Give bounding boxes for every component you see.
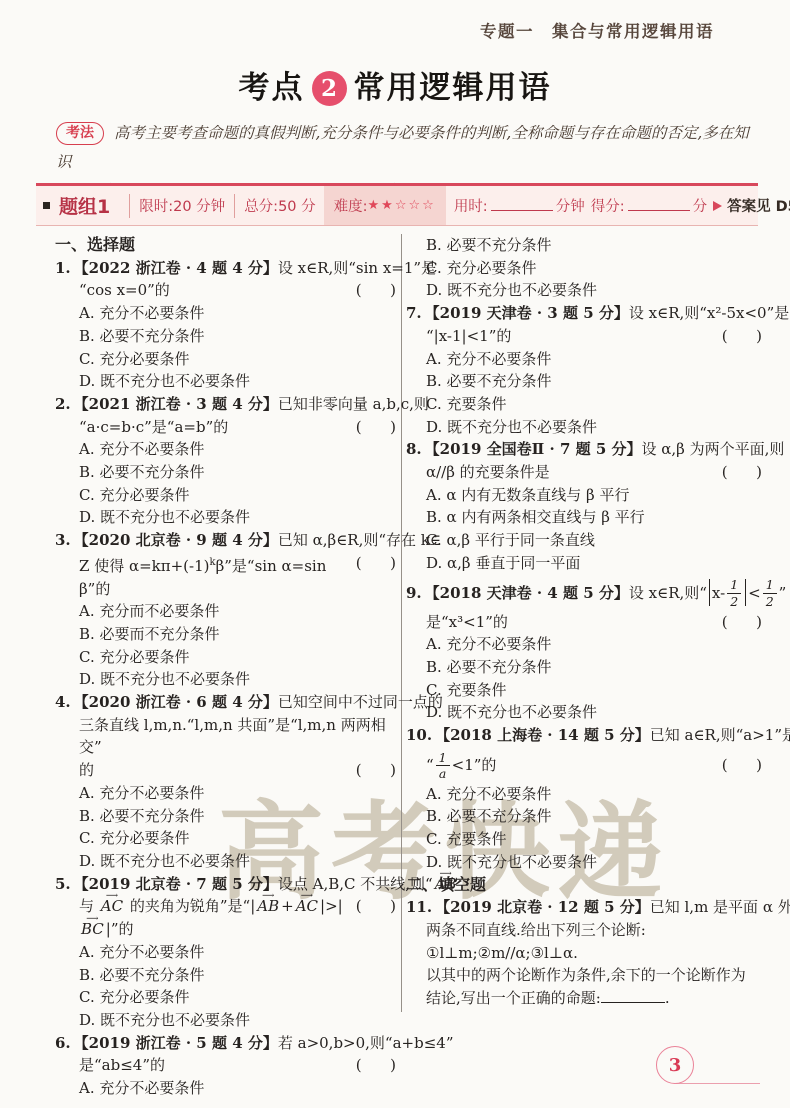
question-text: 已知 l,m 是平面 α 外的 xyxy=(650,898,790,916)
option: B. 必要而不充分条件 xyxy=(55,623,396,646)
question-line: 9.【2018 天津卷 · 4 题 5 分】设 x∈R,则“x-12<12” xyxy=(406,575,762,611)
question-number: 8. xyxy=(406,440,422,458)
answer-bracket: ( ) xyxy=(722,747,762,783)
option: A. 充分不必要条件 xyxy=(55,1077,396,1100)
banner-divider xyxy=(129,194,130,218)
option: B. α 内有两条相交直线与 β 平行 xyxy=(406,506,762,529)
score-unit: 分 xyxy=(693,195,708,216)
question-number: 4. xyxy=(55,693,71,711)
option: A. 充分不必要条件 xyxy=(55,302,396,325)
question-text: x- xyxy=(712,584,725,602)
option: D. 既不充分也不必要条件 xyxy=(406,279,762,302)
option: D. 既不充分也不必要条件 xyxy=(55,506,396,529)
answer-bracket: ( ) xyxy=(356,279,396,302)
question-line: “1a<1”的( ) xyxy=(406,747,762,783)
source-tag: 【2019 天津卷 · 3 题 5 分】 xyxy=(425,304,629,322)
option: C. 充分必要条件 xyxy=(55,827,396,850)
question-line: 3.【2020 北京卷 · 9 题 4 分】已知 α,β∈R,则“存在 k∈ xyxy=(55,529,396,552)
question-5: 5.【2019 北京卷 · 7 题 5 分】设点 A,B,C 不共线,则“AB … xyxy=(55,873,396,1032)
difficulty: 难度: ★★ ☆☆☆ xyxy=(324,186,446,225)
option: C. 充分必要条件 xyxy=(55,348,396,371)
column-divider xyxy=(401,234,402,1012)
vector-ab: AB xyxy=(257,895,279,918)
option: A. α 内有无数条直线与 β 平行 xyxy=(406,484,762,507)
option: B. 必要不充分条件 xyxy=(55,805,396,828)
source-tag: 【2018 上海卷 · 14 题 5 分】 xyxy=(435,726,650,744)
question-text: < xyxy=(748,584,761,602)
question-line: 结论,写出一个正确的命题:. xyxy=(406,987,762,1010)
total-score: 总分:50 分 xyxy=(244,195,315,216)
question-text: 的 xyxy=(79,759,94,782)
question-6-continued: B. 必要不充分条件 C. 充分必要条件 D. 既不充分也不必要条件 xyxy=(406,234,762,302)
option: B. 必要不充分条件 xyxy=(406,370,762,393)
option: C. 充分必要条件 xyxy=(55,986,396,1009)
chapter-header: 专题一 集合与常用逻辑用语 xyxy=(480,18,714,42)
question-text: ” xyxy=(779,584,787,602)
page-number: 3 xyxy=(656,1046,694,1084)
page-number-circle: 3 xyxy=(656,1046,694,1084)
question-number: 11. xyxy=(406,898,432,916)
section-choice: 一、选择题 xyxy=(55,234,396,257)
abs-bar xyxy=(745,579,746,606)
kaofa-badge: 考法 xyxy=(56,122,104,145)
question-line: 2.【2021 浙江卷 · 3 题 4 分】已知非零向量 a,b,c,则 xyxy=(55,393,396,416)
question-text: 结论,写出一个正确的命题: xyxy=(426,989,601,1007)
question-number: 6. xyxy=(55,1034,71,1052)
vector-ac: AC xyxy=(296,895,318,918)
left-column: 一、选择题 1.【2022 浙江卷 · 4 题 4 分】设 x∈R,则“sin … xyxy=(55,234,396,1100)
question-line: 11.【2019 北京卷 · 12 题 5 分】已知 l,m 是平面 α 外的 xyxy=(406,896,762,919)
question-number: 7. xyxy=(406,304,422,322)
question-2: 2.【2021 浙江卷 · 3 题 4 分】已知非零向量 a,b,c,则 “a·… xyxy=(55,393,396,529)
exercise-group-banner: 题组1 限时:20 分钟 总分:50 分 难度: ★★ ☆☆☆ 用时: 分钟 得… xyxy=(36,183,758,226)
difficulty-label: 难度: xyxy=(334,195,368,216)
note-line-1: 高考主要考查命题的真假判断,充分条件与必要条件的判断,全称命题与存在命题的否定,… xyxy=(56,124,749,171)
question-text: 设 α,β 为两个平面,则 xyxy=(642,440,785,458)
fraction: 12 xyxy=(763,578,777,607)
question-line: α//β 的充要条件是( ) xyxy=(406,461,762,484)
question-line: 是“ab≤4”的( ) xyxy=(55,1054,396,1077)
section-blank: 二、填空题 xyxy=(406,874,762,897)
option: D. 既不充分也不必要条件 xyxy=(406,416,762,439)
question-line: 1.【2022 浙江卷 · 4 题 4 分】设 x∈R,则“sin x=1”是 xyxy=(55,257,396,280)
question-4: 4.【2020 浙江卷 · 6 题 4 分】已知空间中不过同一点的 三条直线 l… xyxy=(55,691,396,873)
source-tag: 【2022 浙江卷 · 4 题 4 分】 xyxy=(74,259,278,277)
question-6: 6.【2019 浙江卷 · 5 题 4 分】若 a>0,b>0,则“a+b≤4”… xyxy=(55,1032,396,1100)
option: A. 充分不必要条件 xyxy=(406,348,762,371)
answer-bracket: ( ) xyxy=(722,461,762,484)
question-line: 三条直线 l,m,n.“l,m,n 共面”是“l,m,n 两两相交” xyxy=(55,714,396,759)
option: A. 充分不必要条件 xyxy=(406,783,762,806)
source-tag: 【2019 北京卷 · 12 题 5 分】 xyxy=(435,898,650,916)
option: C. α,β 平行于同一条直线 xyxy=(406,529,762,552)
option: A. 充分不必要条件 xyxy=(55,782,396,805)
question-line: 10.【2018 上海卷 · 14 题 5 分】已知 a∈R,则“a>1”是 xyxy=(406,724,762,747)
question-text: “1a<1”的 xyxy=(426,747,496,783)
vector-bc: BC xyxy=(81,918,104,941)
fraction: 12 xyxy=(727,578,741,607)
question-line: 7.【2019 天津卷 · 3 题 5 分】设 x∈R,则“x²-5x<0”是 xyxy=(406,302,762,325)
option: B. 必要不充分条件 xyxy=(55,964,396,987)
question-line: 4.【2020 浙江卷 · 6 题 4 分】已知空间中不过同一点的 xyxy=(55,691,396,714)
option: A. 充分不必要条件 xyxy=(55,438,396,461)
triangle-icon xyxy=(713,201,722,211)
question-10: 10.【2018 上海卷 · 14 题 5 分】已知 a∈R,则“a>1”是 “… xyxy=(406,724,762,874)
page-title: 考点2常用逻辑用语 xyxy=(0,62,790,107)
source-tag: 【2020 北京卷 · 9 题 4 分】 xyxy=(74,531,278,549)
question-number: 3. xyxy=(55,531,71,549)
question-11: 11.【2019 北京卷 · 12 题 5 分】已知 l,m 是平面 α 外的 … xyxy=(406,896,762,1010)
option: D. 既不充分也不必要条件 xyxy=(55,850,396,873)
question-line: 8.【2019 全国卷Ⅱ · 7 题 5 分】设 α,β 为两个平面,则 xyxy=(406,438,762,461)
time-limit: 限时:20 分钟 xyxy=(139,195,225,216)
answer-bracket: ( ) xyxy=(356,759,396,782)
question-line: “cos x=0”的( ) xyxy=(55,279,396,302)
question-line: ①l⊥m;②m//α;③l⊥α. xyxy=(406,942,762,965)
question-line: 的( ) xyxy=(55,759,396,782)
question-7: 7.【2019 天津卷 · 3 题 5 分】设 x∈R,则“x²-5x<0”是 … xyxy=(406,302,762,438)
question-8: 8.【2019 全国卷Ⅱ · 7 题 5 分】设 α,β 为两个平面,则 α//… xyxy=(406,438,762,574)
option: B. 必要不充分条件 xyxy=(55,461,396,484)
answer-bracket: ( ) xyxy=(722,325,762,348)
question-text: . xyxy=(665,989,670,1007)
question-1: 1.【2022 浙江卷 · 4 题 4 分】设 x∈R,则“sin x=1”是 … xyxy=(55,257,396,393)
question-text: “|x-1|<1”的 xyxy=(426,325,511,348)
answer-bracket: ( ) xyxy=(356,895,396,940)
question-3: 3.【2020 北京卷 · 9 题 4 分】已知 α,β∈R,则“存在 k∈ Z… xyxy=(55,529,396,691)
answer-blank xyxy=(601,989,665,1003)
answer-bracket: ( ) xyxy=(722,611,762,634)
title-text: 常用逻辑用语 xyxy=(354,70,552,106)
question-line: 与 AC 的夹角为锐角”是“|AB+AC|>|BC|”的( ) xyxy=(55,895,396,940)
option: A. 充分不必要条件 xyxy=(406,633,762,656)
option: B. 必要不充分条件 xyxy=(406,805,762,828)
option: D. 既不充分也不必要条件 xyxy=(55,668,396,691)
answer-reference: 答案见 D5 xyxy=(713,195,790,216)
fraction: 1a xyxy=(436,751,450,780)
right-column: B. 必要不充分条件 C. 充分必要条件 D. 既不充分也不必要条件 7.【20… xyxy=(406,234,762,1010)
time-used-label: 用时: xyxy=(454,195,488,216)
source-tag: 【2020 浙江卷 · 6 题 4 分】 xyxy=(74,693,278,711)
question-text: 设 x∈R,则“x²-5x<0”是 xyxy=(629,304,789,322)
source-tag: 【2019 全国卷Ⅱ · 7 题 5 分】 xyxy=(425,440,642,458)
question-text: α//β 的充要条件是 xyxy=(426,461,550,484)
vector-ac: AC xyxy=(101,895,123,918)
option: D. 既不充分也不必要条件 xyxy=(406,851,762,874)
answer-bracket: ( ) xyxy=(356,416,396,439)
score-blank xyxy=(628,197,690,211)
question-line: 以其中的两个论断作为条件,余下的一个论断作为 xyxy=(406,964,762,987)
question-text: “cos x=0”的 xyxy=(79,279,170,302)
option: D. 既不充分也不必要条件 xyxy=(55,1009,396,1032)
option: B. 必要不充分条件 xyxy=(406,656,762,679)
answer-ref-text: 答案见 D5 xyxy=(727,195,790,216)
question-text: 是“x³<1”的 xyxy=(426,611,508,634)
square-bullet-icon xyxy=(43,202,50,209)
question-text: 已知 a∈R,则“a>1”是 xyxy=(650,726,790,744)
group-label: 题组1 xyxy=(59,192,110,219)
option: A. 充分而不必要条件 xyxy=(55,600,396,623)
question-number: 2. xyxy=(55,395,71,413)
question-text: 若 a>0,b>0,则“a+b≤4” xyxy=(278,1034,454,1052)
question-line: “|x-1|<1”的( ) xyxy=(406,325,762,348)
option: C. 充要条件 xyxy=(406,828,762,851)
option: C. 充要条件 xyxy=(406,393,762,416)
source-tag: 【2021 浙江卷 · 3 题 4 分】 xyxy=(74,395,278,413)
question-number: 10. xyxy=(406,726,432,744)
option: B. 必要不充分条件 xyxy=(406,234,762,257)
question-line: 两条不同直线.给出下列三个论断: xyxy=(406,919,762,942)
question-number: 1. xyxy=(55,259,71,277)
time-used-field: 用时: 分钟 xyxy=(454,195,585,216)
score-field: 得分: 分 xyxy=(591,195,707,216)
question-9: 9.【2018 天津卷 · 4 题 5 分】设 x∈R,则“x-12<12” 是… xyxy=(406,575,762,725)
question-line: 6.【2019 浙江卷 · 5 题 4 分】若 a>0,b>0,则“a+b≤4” xyxy=(55,1032,396,1055)
time-used-blank xyxy=(491,197,553,211)
source-tag: 【2018 天津卷 · 4 题 5 分】 xyxy=(425,584,629,602)
question-text: “a·c=b·c”是“a=b”的 xyxy=(79,416,228,439)
option: D. 既不充分也不必要条件 xyxy=(406,701,762,724)
option: D. α,β 垂直于同一平面 xyxy=(406,552,762,575)
option: D. 既不充分也不必要条件 xyxy=(55,370,396,393)
abs-bar xyxy=(709,579,710,606)
option: B. 必要不充分条件 xyxy=(55,325,396,348)
score-label: 得分: xyxy=(591,195,625,216)
option: A. 充分不必要条件 xyxy=(55,941,396,964)
source-tag: 【2019 浙江卷 · 5 题 4 分】 xyxy=(74,1034,278,1052)
option: C. 充分必要条件 xyxy=(55,646,396,669)
answer-bracket: ( ) xyxy=(356,1054,396,1077)
question-line: Z 使得 α=kπ+(-1)kβ”是“sin α=sin β”的( ) xyxy=(55,552,396,600)
banner-divider xyxy=(234,194,235,218)
kaodian-label: 考点 xyxy=(239,70,305,106)
question-number: 9. xyxy=(406,584,422,602)
option: C. 充要条件 xyxy=(406,679,762,702)
time-used-unit: 分钟 xyxy=(556,195,585,216)
question-text: 是“ab≤4”的 xyxy=(79,1054,165,1077)
star-empty-icons: ☆☆☆ xyxy=(395,198,436,213)
option: C. 充分必要条件 xyxy=(406,257,762,280)
question-text: 设 x∈R,则“ xyxy=(629,584,707,602)
question-text: 与 AC 的夹角为锐角”是“|AB+AC|>|BC|”的 xyxy=(79,895,356,940)
question-line: 是“x³<1”的( ) xyxy=(406,611,762,634)
option: C. 充分必要条件 xyxy=(55,484,396,507)
question-line: “a·c=b·c”是“a=b”的( ) xyxy=(55,416,396,439)
question-number: 5. xyxy=(55,875,71,893)
star-filled-icons: ★★ xyxy=(368,198,395,213)
kaodian-number-badge: 2 xyxy=(312,71,347,106)
answer-bracket: ( ) xyxy=(356,552,396,600)
question-text: Z 使得 α=kπ+(-1)kβ”是“sin α=sin β”的 xyxy=(79,552,356,600)
